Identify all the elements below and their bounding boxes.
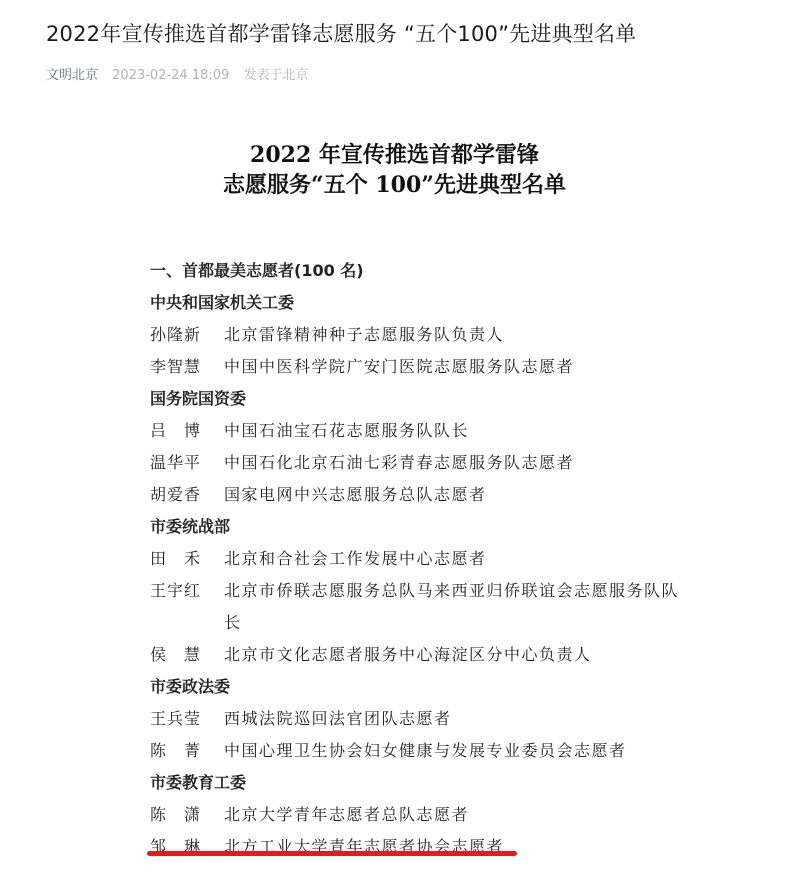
person-desc: 北京大学青年志愿者总队志愿者 <box>224 805 469 824</box>
list-item: 陈 潇北京大学青年志愿者总队志愿者 <box>150 799 710 831</box>
list-item: 陈 菁中国心理卫生协会妇女健康与发展专业委员会志愿者 <box>150 735 710 767</box>
list-item: 胡爱香国家电网中兴志愿服务总队志愿者 <box>150 479 710 511</box>
person-desc: 中国心理卫生协会妇女健康与发展专业委员会志愿者 <box>224 741 627 760</box>
person-desc: 国家电网中兴志愿服务总队志愿者 <box>224 485 487 504</box>
person-name: 陈 潇 <box>150 799 224 831</box>
list-item: 王宇红北京市侨联志愿服务总队马来西亚归侨联谊会志愿服务队队长 <box>150 575 710 639</box>
list-item: 温华平中国石化北京石油七彩青春志愿服务队志愿者 <box>150 447 710 479</box>
person-name: 田 禾 <box>150 543 224 575</box>
group-heading: 市委教育工委 <box>150 767 710 799</box>
person-name: 李智慧 <box>150 351 224 383</box>
article-meta: 文明北京 2023-02-24 18:09 发表于北京 <box>46 64 308 83</box>
group-heading: 市委政法委 <box>150 671 710 703</box>
person-name: 王兵莹 <box>150 703 224 735</box>
list-item: 吕 博中国石油宝石花志愿服务队队长 <box>150 415 710 447</box>
group-heading: 国务院国资委 <box>150 383 710 415</box>
person-desc: 中国中医科学院广安门医院志愿服务队志愿者 <box>224 357 574 376</box>
person-desc: 西城法院巡回法官团队志愿者 <box>224 709 452 728</box>
document-title-line1: 2022 年宣传推选首都学雷锋 <box>0 140 789 170</box>
list-item: 田 禾北京和合社会工作发展中心志愿者 <box>150 543 710 575</box>
person-name: 吕 博 <box>150 415 224 447</box>
list-item: 孙隆新北京雷锋精神种子志愿服务队负责人 <box>150 319 710 351</box>
person-desc: 北京雷锋精神种子志愿服务队负责人 <box>224 325 504 344</box>
article-title: 2022年宣传推选首都学雷锋志愿服务 “五个100”先进典型名单 <box>46 18 636 48</box>
person-desc: 北京和合社会工作发展中心志愿者 <box>224 549 487 568</box>
person-name: 侯 慧 <box>150 639 224 671</box>
red-highlight-underline <box>147 851 517 856</box>
person-desc: 北京市文化志愿者服务中心海淀区分中心负责人 <box>224 645 592 664</box>
document-title: 2022 年宣传推选首都学雷锋 志愿服务“五个 100”先进典型名单 <box>0 140 789 200</box>
person-name: 孙隆新 <box>150 319 224 351</box>
list-item-highlighted: 邹 琳北方工业大学青年志愿者协会志愿者 <box>150 831 710 863</box>
list-item: 李智慧中国中医科学院广安门医院志愿服务队志愿者 <box>150 351 710 383</box>
person-desc: 中国石油宝石花志愿服务队队长 <box>224 421 469 440</box>
document-body: 一、首都最美志愿者(100 名) 中央和国家机关工委 孙隆新北京雷锋精神种子志愿… <box>150 255 710 863</box>
person-name: 温华平 <box>150 447 224 479</box>
person-name: 陈 菁 <box>150 735 224 767</box>
group-heading: 中央和国家机关工委 <box>150 287 710 319</box>
author-link[interactable]: 文明北京 <box>46 68 98 83</box>
document-title-line2: 志愿服务“五个 100”先进典型名单 <box>0 170 789 200</box>
group-heading: 市委统战部 <box>150 511 710 543</box>
person-name: 王宇红 <box>150 575 224 607</box>
publish-time: 2023-02-24 18:09 <box>112 68 229 83</box>
list-item: 侯 慧北京市文化志愿者服务中心海淀区分中心负责人 <box>150 639 710 671</box>
list-item: 王兵莹西城法院巡回法官团队志愿者 <box>150 703 710 735</box>
section-heading: 一、首都最美志愿者(100 名) <box>150 255 710 287</box>
person-desc: 中国石化北京石油七彩青春志愿服务队志愿者 <box>224 453 574 472</box>
person-desc: 北京市侨联志愿服务总队马来西亚归侨联谊会志愿服务队队长 <box>224 575 694 639</box>
person-name: 邹 琳 <box>150 831 224 863</box>
publish-location: 发表于北京 <box>243 68 308 83</box>
person-name: 胡爱香 <box>150 479 224 511</box>
